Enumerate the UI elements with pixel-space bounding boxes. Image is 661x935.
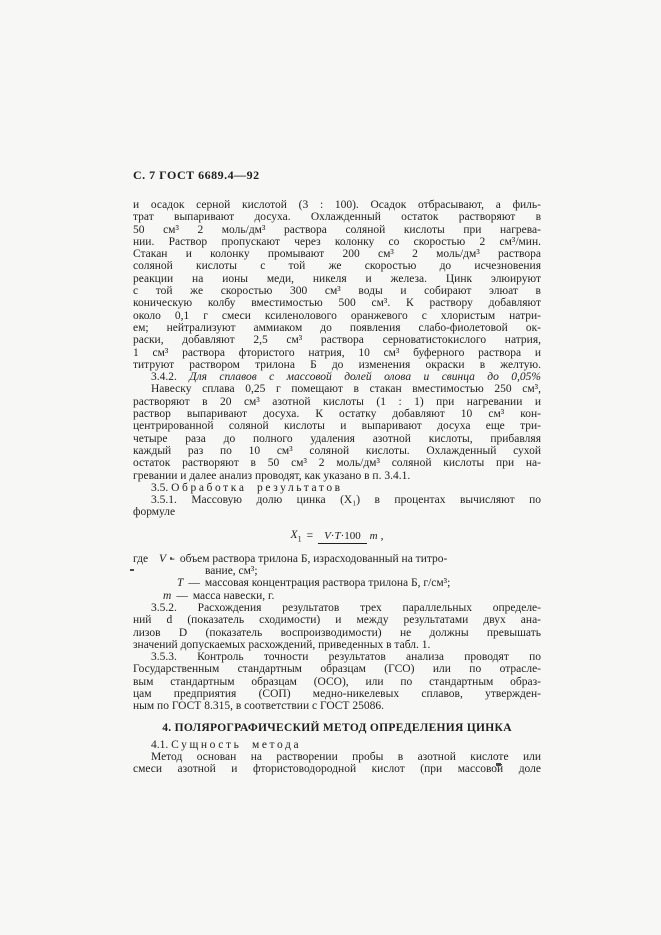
- text-line: центрированной соляной кислоты и выпарив…: [133, 420, 541, 432]
- text-line: раски, добавляют 2,5 см³ раствора сернов…: [133, 334, 541, 346]
- text-line: растворяют в 20 см³ азотной кислоты (1 :…: [133, 396, 541, 408]
- text-line: четыре раза до полного удаления азотной …: [133, 433, 541, 445]
- clause-title: Обработка результатов: [171, 482, 343, 494]
- text-line: цам предприятия (СОП) медно-никелевых сп…: [133, 688, 541, 700]
- definition-text: объем раствора трилона Б, израсходованны…: [180, 553, 447, 565]
- text-line: значений допускаемых расхождений, привед…: [133, 639, 541, 651]
- text-line: раствор выпаривают досуха. К остатку доб…: [133, 408, 541, 420]
- formula-lhs: X1: [291, 529, 302, 543]
- clause-number: 3.4.2.: [151, 371, 177, 383]
- text-line: Государственным стандартным образцам (ГС…: [133, 663, 541, 675]
- text-line: остаток растворяют в 50 см³ 2 моль/дм³ с…: [133, 457, 541, 469]
- equals-sign: =: [307, 530, 314, 542]
- text-line: гревании и далее анализ проводят, как ук…: [133, 470, 541, 482]
- text-line: каждый раз по 10 см³ соляной кислоты. Ох…: [133, 445, 541, 457]
- section-4-title: 4. ПОЛЯРОГРАФИЧЕСКИЙ МЕТОД ОПРЕДЕЛЕНИЯ Ц…: [133, 722, 541, 734]
- scan-speck: [170, 557, 172, 560]
- fraction-denominator: m: [370, 529, 378, 542]
- dash: —: [188, 577, 200, 589]
- clause-35-heading: 3.5. Обработка результатов: [133, 482, 541, 494]
- text-line: около 0,1 г смеси ксиленолового оранжево…: [133, 310, 541, 322]
- definition-row: где V - объем раствора трилона Б, израсх…: [133, 553, 541, 565]
- page-header: С. 7 ГОСТ 6689.4—92: [133, 168, 541, 183]
- where-label: где: [133, 553, 159, 565]
- text-line: 1 см³ раствора фтористого натрия, 10 см³…: [133, 347, 541, 359]
- definition-continuation: вание, см³;: [133, 565, 541, 577]
- clause-342-heading: 3.4.2. Для сплавов с массовой долей олов…: [133, 371, 541, 383]
- text-block: С. 7 ГОСТ 6689.4—92 и осадок серной кисл…: [133, 168, 541, 776]
- scan-speck: [130, 569, 134, 571]
- text-line: с той же скоростью 300 см³ воды и собира…: [133, 285, 541, 297]
- text-line: и осадок серной кислотой (3 : 100). Осад…: [133, 199, 541, 211]
- formula-comma: ,: [381, 530, 384, 542]
- text-line: реакции на ионы меди, никеля и железа. Ц…: [133, 273, 541, 285]
- text-line: смеси азотной и фтористоводородной кисло…: [133, 763, 541, 775]
- clause-number: 4.1.: [151, 739, 168, 751]
- text-line: вым стандартным образцам (ОСО), или по с…: [133, 676, 541, 688]
- variable-v: V: [159, 553, 166, 565]
- formula: X1 = V·T·100 m ,: [133, 519, 541, 553]
- clause-title: Для сплавов с массовой долей олова и сви…: [189, 371, 541, 383]
- text-line: Стакан и колонку промывают 200 см³ 2 мол…: [133, 248, 541, 260]
- text-line: нии. Раствор пропускают через колонку со…: [133, 236, 541, 248]
- text-line: 50 см³ 2 моль/дм³ раствора соляной кисло…: [133, 224, 541, 236]
- scan-speck: [496, 763, 501, 766]
- text-line: ным по ГОСТ 8.315, в соответствии с ГОСТ…: [133, 700, 541, 712]
- text-line: 3.5.2. Расхождения результатов трех пара…: [133, 602, 541, 614]
- text-line: 3.5.3. Контроль точности результатов ана…: [133, 651, 541, 663]
- definition-text: масса навески, г.: [193, 590, 275, 602]
- text-line: формуле: [133, 506, 541, 518]
- text-line: ем; нейтрализуют аммиаком до появления с…: [133, 322, 541, 334]
- fraction: V·T·100 m: [318, 530, 378, 542]
- text-line: титруют раствором трилона Б до изменения…: [133, 359, 541, 371]
- dash: —: [176, 590, 188, 602]
- variable-t: T: [177, 577, 183, 589]
- text-line: ний d (показатель сходимости) и между ре…: [133, 614, 541, 626]
- fraction-numerator: V·T·100: [318, 530, 367, 544]
- text-line: Метод основан на растворении пробы в азо…: [133, 751, 541, 763]
- definition-text: массовая концентрация раствора трилона Б…: [205, 577, 450, 589]
- clause-title: Сущность метода: [171, 739, 301, 751]
- definition-row: T — массовая концентрация раствора трило…: [133, 577, 541, 589]
- text-line: 3.5.1. Массовую долю цинка (X₁) в процен…: [133, 494, 541, 506]
- document-page: С. 7 ГОСТ 6689.4—92 и осадок серной кисл…: [0, 0, 661, 935]
- text-line: лизов D (показатель воспроизводимости) н…: [133, 627, 541, 639]
- text-line: Навеску сплава 0,25 г помещают в стакан …: [133, 383, 541, 395]
- clause-number: 3.5.: [151, 482, 168, 494]
- variable-m: m: [163, 590, 171, 602]
- text-line: трат выпаривают досуха. Охлажденный оста…: [133, 211, 541, 223]
- text-line: коническую колбу вместимостью 500 см³. К…: [133, 297, 541, 309]
- clause-41-heading: 4.1. Сущность метода: [133, 739, 541, 751]
- definition-row: m — масса навески, г.: [133, 590, 541, 602]
- text-line: соляной кислоты с той же скоростью до ис…: [133, 260, 541, 272]
